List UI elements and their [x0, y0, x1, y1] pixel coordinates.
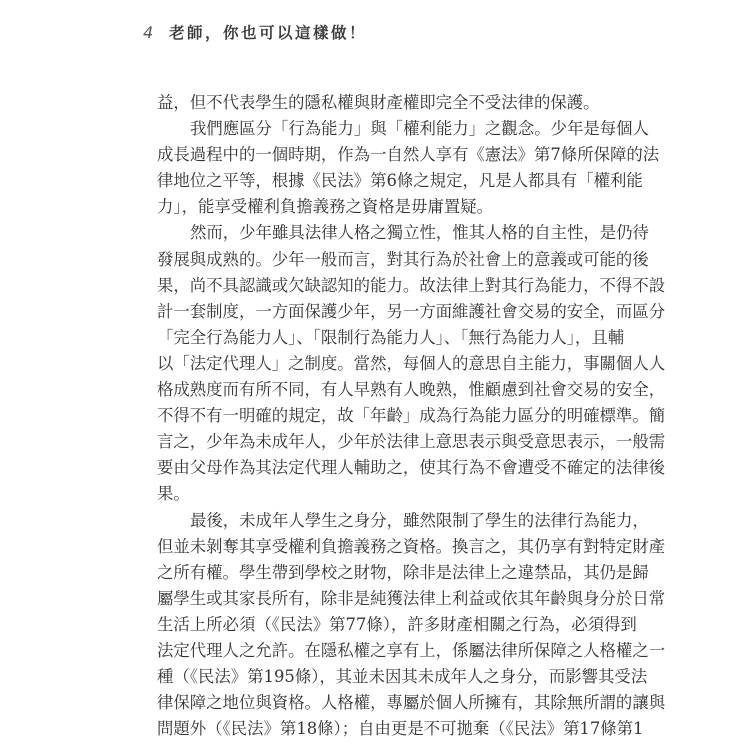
- text-line: 言之，少年為未成年人，少年於法律上意思表示與受意思表示，一般需: [157, 429, 602, 455]
- text-line: 「完全行為能力人」、「限制行為能力人」、「無行為能力人」，且輔: [157, 325, 602, 351]
- body-text: 益，但不代表學生的隱私權與財產權即完全不受法律的保護。我們應區分「行為能力」與「…: [157, 90, 602, 742]
- running-title: 老師，你也可以這樣做！: [169, 21, 367, 43]
- text-line: 以「法定代理人」之制度。當然，每個人的意思自主能力，事關個人人: [157, 351, 602, 377]
- text-line: 種（《民法》第195條），其並未因其未成年人之身分，而影響其受法: [157, 664, 602, 690]
- text-line: 成長過程中的一個時期，作為一自然人享有《憲法》第7條所保障的法: [157, 142, 602, 168]
- text-line: 我們應區分「行為能力」與「權利能力」之觀念。少年是每個人: [157, 116, 602, 142]
- text-line: 律保障之地位與資格。人格權，專屬於個人所擁有，其除無所謂的讓與: [157, 690, 602, 716]
- text-line: 問題外（《民法》第18條）；自由更是不可拋棄（《民法》第17條第1: [157, 716, 602, 742]
- text-line: 格成熟度而有所不同，有人早熟有人晚熟，惟顧慮到社會交易的安全，: [157, 377, 602, 403]
- text-line: 然而，少年雖具法律人格之獨立性，惟其人格的自主性，是仍待: [157, 220, 602, 246]
- text-line: 最後，未成年人學生之身分，雖然限制了學生的法律行為能力，: [157, 508, 602, 534]
- text-line: 不得不有一明確的規定，故「年齡」成為行為能力區分的明確標準。簡: [157, 403, 602, 429]
- text-line: 果。: [157, 481, 602, 507]
- text-line: 屬學生或其家長所有，除非是純獲法律上利益或依其年齡與身分於日常: [157, 586, 602, 612]
- text-line: 發展與成熟的。少年一般而言，對其行為於社會上的意義或可能的後: [157, 247, 602, 273]
- text-line: 力」，能享受權利負擔義務之資格是毋庸置疑。: [157, 194, 602, 220]
- text-line: 要由父母作為其法定代理人輔助之，使其行為不會遭受不確定的法律後: [157, 455, 602, 481]
- running-header: 4 老師，你也可以這樣做！: [143, 20, 367, 44]
- text-line: 律地位之平等，根據《民法》第6條之規定，凡是人都具有「權利能: [157, 168, 602, 194]
- text-line: 之所有權。學生帶到學校之財物，除非是法律上之違禁品，其仍是歸: [157, 560, 602, 586]
- text-line: 益，但不代表學生的隱私權與財產權即完全不受法律的保護。: [157, 90, 602, 116]
- page-number: 4: [143, 23, 169, 42]
- text-line: 但並未剝奪其享受權利負擔義務之資格。換言之，其仍享有對特定財產: [157, 534, 602, 560]
- text-line: 生活上所必須（《民法》第77條），許多財產相關之行為，必須得到: [157, 612, 602, 638]
- text-line: 計一套制度，一方面保護少年，另一方面維護社會交易的安全，而區分: [157, 299, 602, 325]
- text-line: 果，尚不具認識或欠缺認知的能力。故法律上對其行為能力，不得不設: [157, 273, 602, 299]
- text-line: 法定代理人之允許。在隱私權之享有上，係屬法律所保障之人格權之一: [157, 638, 602, 664]
